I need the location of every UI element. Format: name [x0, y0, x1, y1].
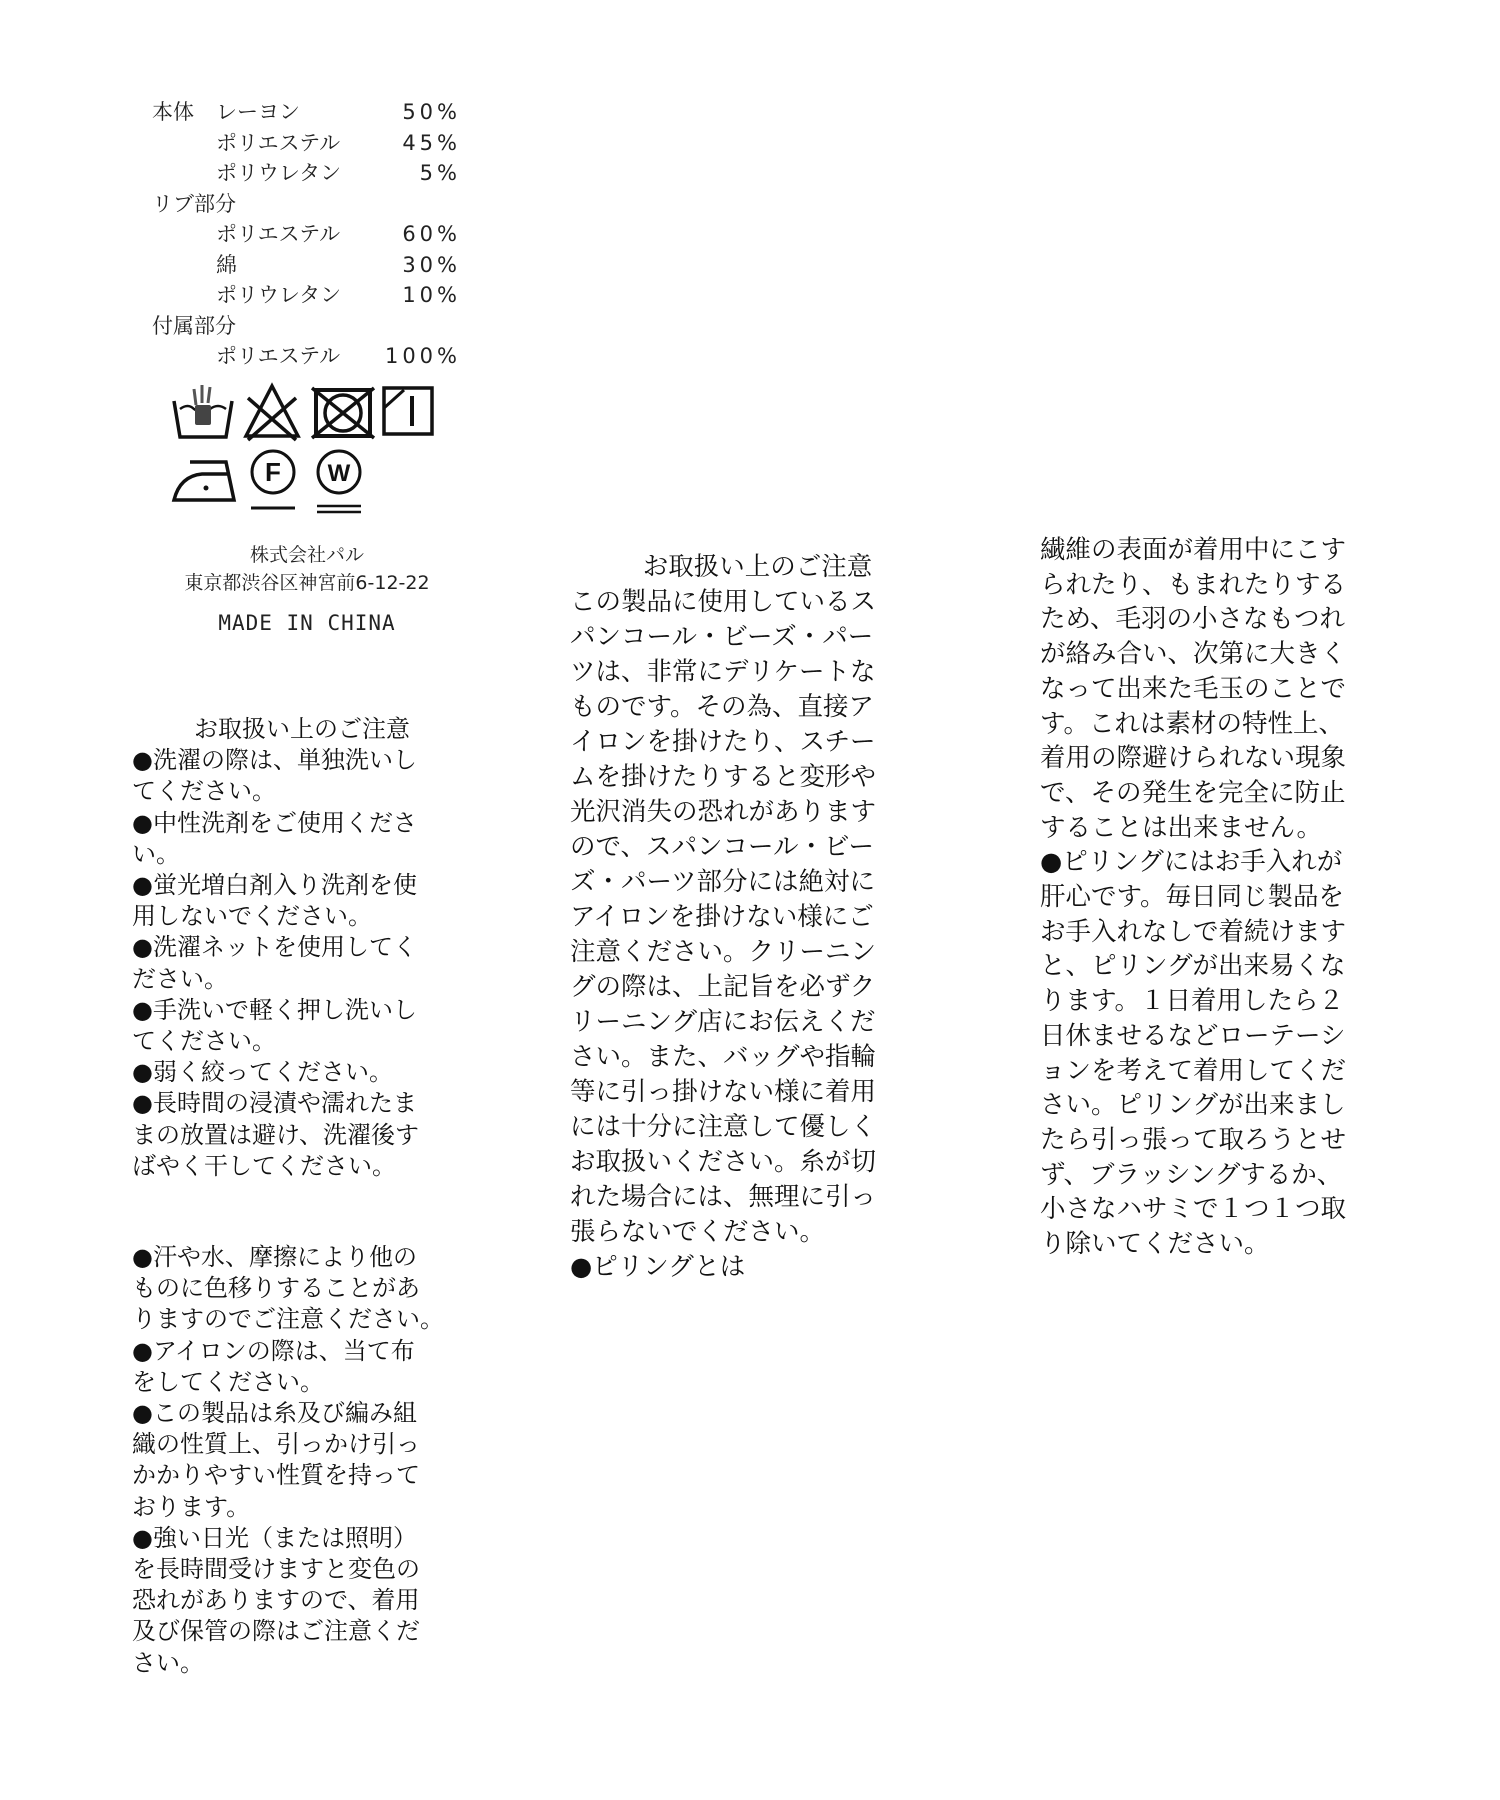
left-care-notes-continued: ●汗や水、摩擦により他の ものに色移りすることがあ りますのでご注意ください。 …: [132, 1242, 472, 1679]
percent: 50%: [371, 97, 461, 128]
note-line: 及び保管の際はご注意くだ: [132, 1616, 472, 1647]
note-line: ださい。: [132, 964, 472, 995]
material: ポリウレタン: [216, 280, 371, 311]
country-of-origin: MADE IN CHINA: [152, 611, 462, 635]
fiber-row: 本体 レーヨン 50%: [152, 97, 457, 128]
note-line: を長時間受けますと変色の: [132, 1554, 472, 1585]
dry-clean-f-icon: F: [249, 448, 297, 512]
material: レーヨン: [216, 97, 371, 128]
note-line: りますのでご注意ください。: [132, 1304, 472, 1335]
percent: 45%: [371, 128, 461, 159]
hand-wash-icon: [172, 383, 234, 443]
note-line: グの際は、上記旨を必ずク: [570, 970, 945, 1005]
material: ポリエステル: [216, 341, 371, 372]
wet-clean-w-icon: W: [315, 448, 363, 518]
note-line: には十分に注意して優しく: [570, 1110, 945, 1145]
note-line: さい。ピリングが出来まし: [1040, 1088, 1415, 1123]
note-line: ●汗や水、摩擦により他の: [132, 1242, 472, 1273]
note-line: なって出来た毛玉のことで: [1040, 672, 1415, 707]
material: ポリエステル: [216, 219, 371, 250]
note-line: ョンを考えて着用してくだ: [1040, 1054, 1415, 1089]
line-dry-shade-icon: [382, 386, 434, 438]
note-line: この製品に使用しているス: [570, 585, 945, 620]
note-line: ●洗濯ネットを使用してく: [132, 932, 472, 963]
note-line: パンコール・ビーズ・パー: [570, 620, 945, 655]
note-line: 注意ください。クリーニン: [570, 935, 945, 970]
note-line: が絡み合い、次第に大きく: [1040, 637, 1415, 672]
note-line: と、ピリングが出来易くな: [1040, 949, 1415, 984]
note-line: 着用の際避けられない現象: [1040, 741, 1415, 776]
note-line: ●ピリングとは: [570, 1250, 945, 1285]
note-line: ムを掛けたりすると変形や: [570, 760, 945, 795]
note-line: ●手洗いで軽く押し洗いし: [132, 995, 472, 1026]
note-line: 肝心です。毎日同じ製品を: [1040, 880, 1415, 915]
material: ポリエステル: [216, 128, 371, 159]
note-line: 光沢消失の恐れがあります: [570, 795, 945, 830]
svg-text:W: W: [328, 460, 351, 487]
note-line: アイロンを掛けない様にご: [570, 900, 945, 935]
note-line: い。: [132, 839, 472, 870]
notes-heading: お取扱い上のご注意: [570, 550, 945, 585]
no-tumble-dry-icon: [312, 386, 374, 440]
svg-text:F: F: [265, 457, 281, 487]
company-name: 株式会社パル: [152, 541, 462, 569]
note-line: ものです。その為、直接ア: [570, 690, 945, 725]
note-line: ●弱く絞ってください。: [132, 1057, 472, 1088]
percent: 100%: [371, 341, 461, 372]
note-line: 小さなハサミで１つ１つ取: [1040, 1192, 1415, 1227]
note-line: ●この製品は糸及び編み組: [132, 1398, 472, 1429]
note-line: てください。: [132, 1026, 472, 1057]
iron-low-icon: [172, 458, 238, 504]
note-line: お取扱いください。糸が切: [570, 1145, 945, 1180]
note-line: リーニング店にお伝えくだ: [570, 1005, 945, 1040]
note-line: ●長時間の浸漬や濡れたま: [132, 1088, 472, 1119]
note-line: 繊維の表面が着用中にこす: [1040, 533, 1415, 568]
note-line: ツは、非常にデリケートな: [570, 655, 945, 690]
note-line: をしてください。: [132, 1367, 472, 1398]
note-line: イロンを掛けたり、スチー: [570, 725, 945, 760]
note-line: ズ・パーツ部分には絶対に: [570, 865, 945, 900]
percent: 60%: [371, 219, 461, 250]
fiber-row: ポリエステル 45%: [152, 128, 457, 159]
note-line: ●洗濯の際は、単独洗いし: [132, 745, 472, 776]
fiber-row: ポリウレタン 10%: [152, 280, 457, 311]
part-label: 付属部分: [152, 311, 457, 342]
note-line: ●強い日光（または照明）: [132, 1523, 472, 1554]
fiber-row: ポリエステル 60%: [152, 219, 457, 250]
part-label: 本体: [152, 97, 216, 128]
note-line: さい。: [132, 1648, 472, 1679]
note-line: ●中性洗剤をご使用くださ: [132, 808, 472, 839]
note-line: り除いてください。: [1040, 1227, 1415, 1262]
middle-care-notes: お取扱い上のご注意 この製品に使用しているス パンコール・ビーズ・パー ツは、非…: [570, 550, 945, 1285]
note-line: 織の性質上、引っかけ引っ: [132, 1429, 472, 1460]
note-line: お手入れなしで着続けます: [1040, 915, 1415, 950]
note-line: 恐れがありますので、着用: [132, 1585, 472, 1616]
note-line: ため、毛羽の小さなもつれ: [1040, 602, 1415, 637]
note-line: ず、ブラッシングするか、: [1040, 1158, 1415, 1193]
note-line: れた場合には、無理に引っ: [570, 1180, 945, 1215]
fiber-composition-table: 本体 レーヨン 50% ポリエステル 45% ポリウレタン 5% リブ部分 ポリ…: [152, 97, 457, 372]
left-care-notes: お取扱い上のご注意 ●洗濯の際は、単独洗いし てください。 ●中性洗剤をご使用く…: [132, 714, 472, 1182]
note-line: たら引っ張って取ろうとせ: [1040, 1123, 1415, 1158]
note-line: さい。また、バッグや指輪: [570, 1040, 945, 1075]
note-line: ります。１日着用したら２: [1040, 984, 1415, 1019]
note-line: 用しないでください。: [132, 901, 472, 932]
right-care-notes: 繊維の表面が着用中にこす られたり、もまれたりする ため、毛羽の小さなもつれ が…: [1040, 533, 1415, 1262]
fiber-row: 綿 30%: [152, 250, 457, 281]
note-line: てください。: [132, 776, 472, 807]
note-line: まの放置は避け、洗濯後す: [132, 1120, 472, 1151]
note-line: ばやく干してください。: [132, 1151, 472, 1182]
part-label: リブ部分: [152, 189, 457, 220]
note-line: することは出来ません。: [1040, 811, 1415, 846]
note-line: ●蛍光増白剤入り洗剤を使: [132, 870, 472, 901]
company-address: 東京都渋谷区神宮前6-12-22: [152, 569, 462, 597]
note-line: おります。: [132, 1492, 472, 1523]
note-line: す。これは素材の特性上、: [1040, 707, 1415, 742]
fiber-row: ポリエステル 100%: [152, 341, 457, 372]
percent: 30%: [371, 250, 461, 281]
notes-heading: お取扱い上のご注意: [132, 714, 472, 745]
material: 綿: [216, 250, 371, 281]
note-line: かかりやすい性質を持って: [132, 1460, 472, 1491]
note-line: 等に引っ掛けない様に着用: [570, 1075, 945, 1110]
note-line: ●ピリングにはお手入れが: [1040, 845, 1415, 880]
note-line: で、その発生を完全に防止: [1040, 776, 1415, 811]
note-line: られたり、もまれたりする: [1040, 568, 1415, 603]
percent: 5%: [371, 158, 461, 189]
note-line: 張らないでください。: [570, 1215, 945, 1250]
material: ポリウレタン: [216, 158, 371, 189]
note-line: 日休ませるなどローテーシ: [1040, 1019, 1415, 1054]
no-bleach-icon: [242, 382, 302, 442]
note-line: ●アイロンの際は、当て布: [132, 1336, 472, 1367]
percent: 10%: [371, 280, 461, 311]
note-line: ものに色移りすることがあ: [132, 1273, 472, 1304]
note-line: ので、スパンコール・ビー: [570, 830, 945, 865]
care-symbols: F W: [172, 380, 442, 520]
fiber-row: ポリウレタン 5%: [152, 158, 457, 189]
